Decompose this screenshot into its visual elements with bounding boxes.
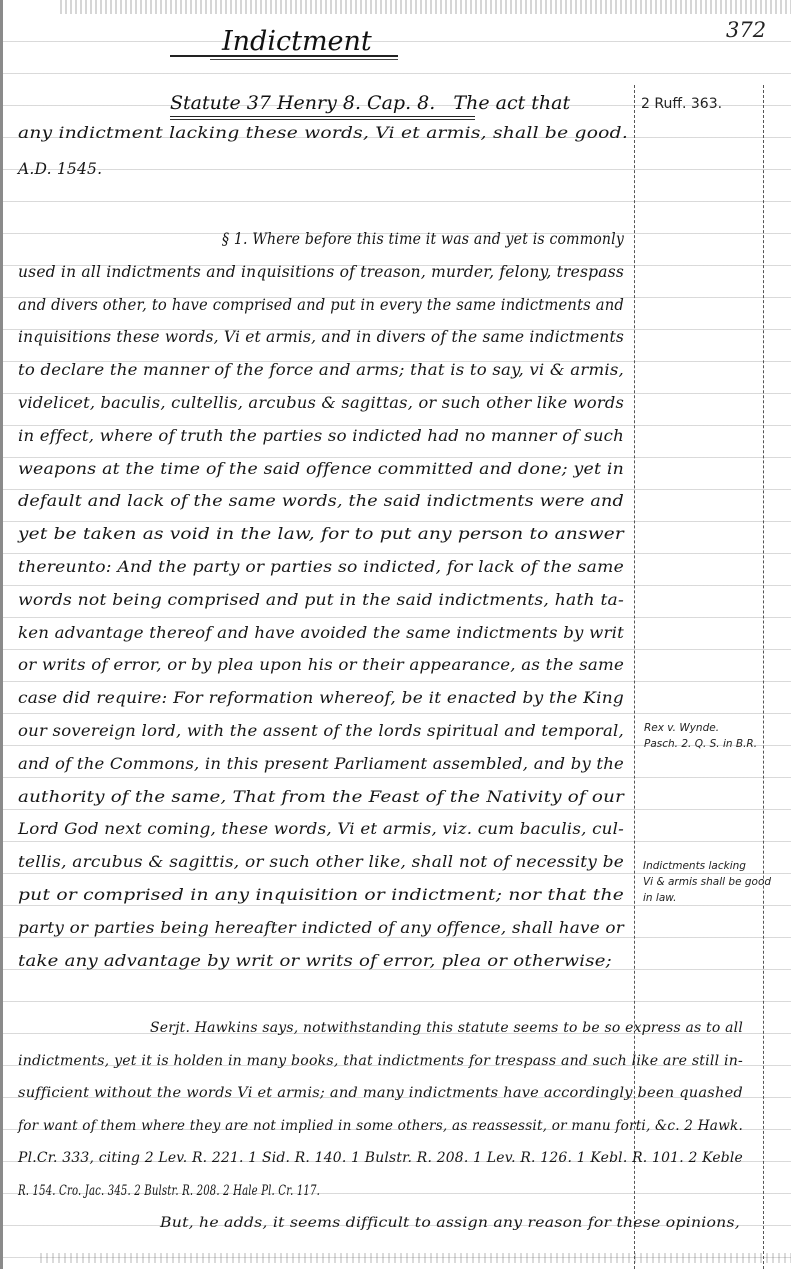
margin-note-line: Vi & armis shall be good [643,876,771,888]
handwritten-line: in effect, where of truth the parties so… [18,427,624,445]
handwritten-line: used in all indictments and inquisitions… [18,263,624,281]
scan-noise-top [60,0,791,14]
handwritten-line: videlicet, baculis, cultellis, arcubus &… [18,394,624,412]
handwritten-line: yet be taken as void in the law, for to … [18,525,624,543]
handwritten-line: indictments, yet it is holden in many bo… [18,1053,743,1069]
handwritten-line: weapons at the time of the said offence … [18,460,624,478]
handwritten-line: inquisitions these words, Vi et armis, a… [18,328,624,346]
page-title: Indictment [222,26,372,57]
margin-note-line: Indictments lacking [643,860,746,872]
margin-reference-top: 2 Ruff. 363. [641,96,722,112]
margin-note-line: Pasch. 2. Q. S. in B.R. [644,738,757,750]
handwritten-line: our sovereign lord, with the assent of t… [18,722,624,740]
handwritten-line: words not being comprised and put in the… [18,591,624,609]
handwritten-line: Lord God next coming, these words, Vi et… [18,820,624,838]
handwritten-line: any indictment lacking these words, Vi e… [18,124,628,142]
statute-heading: Statute 37 Henry 8. Cap. 8. The act that [170,92,570,114]
ledger-page: Indictment 372 Statute 37 Henry 8. Cap. … [0,0,791,1269]
handwritten-line: tellis, arcubus & sagittis, or such othe… [18,853,624,871]
statute-underline-second [170,119,475,120]
handwritten-line: take any advantage by writ or writs of e… [18,952,612,970]
handwritten-line: ken advantage thereof and have avoided t… [18,624,624,642]
scan-noise-bottom [40,1253,791,1263]
handwritten-line: sufficient without the words Vi et armis… [18,1085,743,1101]
handwritten-line: thereunto: And the party or parties so i… [18,558,624,576]
handwritten-line: for want of them where they are not impl… [18,1118,743,1134]
statute-heading-title: Statute 37 Henry 8. Cap. 8. [170,92,435,114]
handwritten-line: A.D. 1545. [18,160,102,178]
handwritten-line: case did require: For reformation whereo… [18,689,624,707]
handwritten-line: party or parties being hereafter indicte… [18,919,624,937]
handwritten-line: Pl.Cr. 333, citing 2 Lev. R. 221. 1 Sid.… [18,1150,743,1166]
handwritten-line: § 1. Where before this time it was and y… [222,230,624,248]
handwritten-line: and of the Commons, in this present Parl… [18,755,624,773]
handwritten-line: default and lack of the same words, the … [18,492,624,510]
margin-note-line: in law. [643,892,677,904]
handwritten-line: But, he adds, it seems difficult to assi… [160,1215,740,1231]
handwritten-line: or writs of error, or by plea upon his o… [18,656,624,674]
statute-heading-continuation: The act that [453,92,570,114]
page-left-edge [0,0,3,1269]
handwritten-line: to declare the manner of the force and a… [18,361,624,379]
handwritten-line: authority of the same, That from the Fea… [18,788,624,806]
page-number: 372 [726,18,766,42]
margin-rule-outer [763,85,764,1269]
handwritten-line: and divers other, to have comprised and … [18,296,624,314]
title-underline-second [210,59,398,60]
handwritten-line: Serjt. Hawkins says, notwithstanding thi… [150,1020,743,1036]
title-underline [170,55,398,57]
handwritten-line: put or comprised in any inquisition or i… [18,886,624,904]
handwritten-line: R. 154. Cro. Jac. 345. 2 Bulstr. R. 208.… [18,1183,320,1199]
margin-note-line: Rex v. Wynde. [644,722,719,734]
statute-underline [170,116,475,117]
